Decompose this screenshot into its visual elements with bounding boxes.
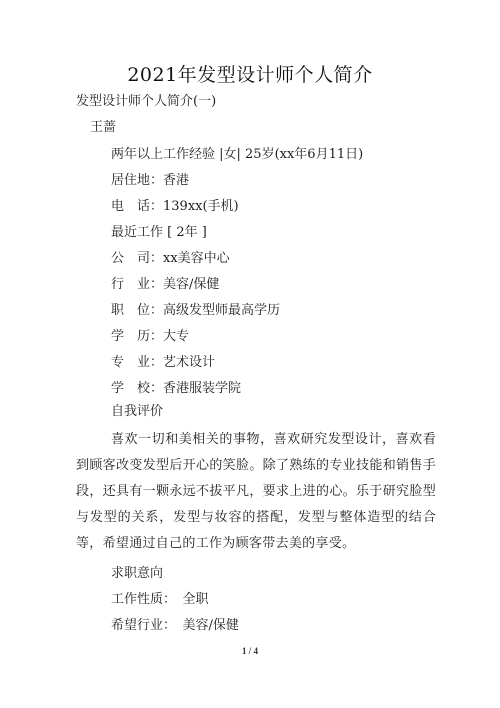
detail-recent-work: 最近工作 [ 2年 ] [111,225,207,241]
self-evaluation-paragraph: 喜欢一切和美相关的事物，喜欢研究发型设计，喜欢看到顾客改变发型后开心的笑脸。除了… [76,427,436,557]
page-indicator: 1 / 4 [0,646,500,656]
detail-education: 学 历：大专 [111,329,189,345]
detail-major: 专 业：艺术设计 [111,355,215,371]
detail-company: 公 司：xx美容中心 [111,251,230,267]
intent-job-type: 工作性质： 全职 [111,592,209,608]
detail-school: 学 校：香港服装学院 [111,381,241,397]
detail-experience: 两年以上工作经验 |女| 25岁(xx年6月11日) [111,147,363,163]
detail-residence: 居住地：香港 [111,173,189,189]
self-evaluation-heading: 自我评价 [111,404,163,420]
section-subtitle: 发型设计师个人简介(一) [76,94,216,110]
detail-phone: 电 话：139xx(手机) [111,199,239,215]
job-intent-heading: 求职意向 [111,566,163,582]
detail-position: 职 位：高级发型师最高学历 [111,303,280,319]
person-name: 王蔷 [90,120,116,136]
intent-industry: 希望行业： 美容/保健 [111,618,239,634]
document-title: 2021年发型设计师个人简介 [0,60,500,87]
detail-industry: 行 业：美容/保健 [111,277,219,293]
document-page: 2021年发型设计师个人简介 发型设计师个人简介(一) 王蔷 两年以上工作经验 … [0,0,500,708]
